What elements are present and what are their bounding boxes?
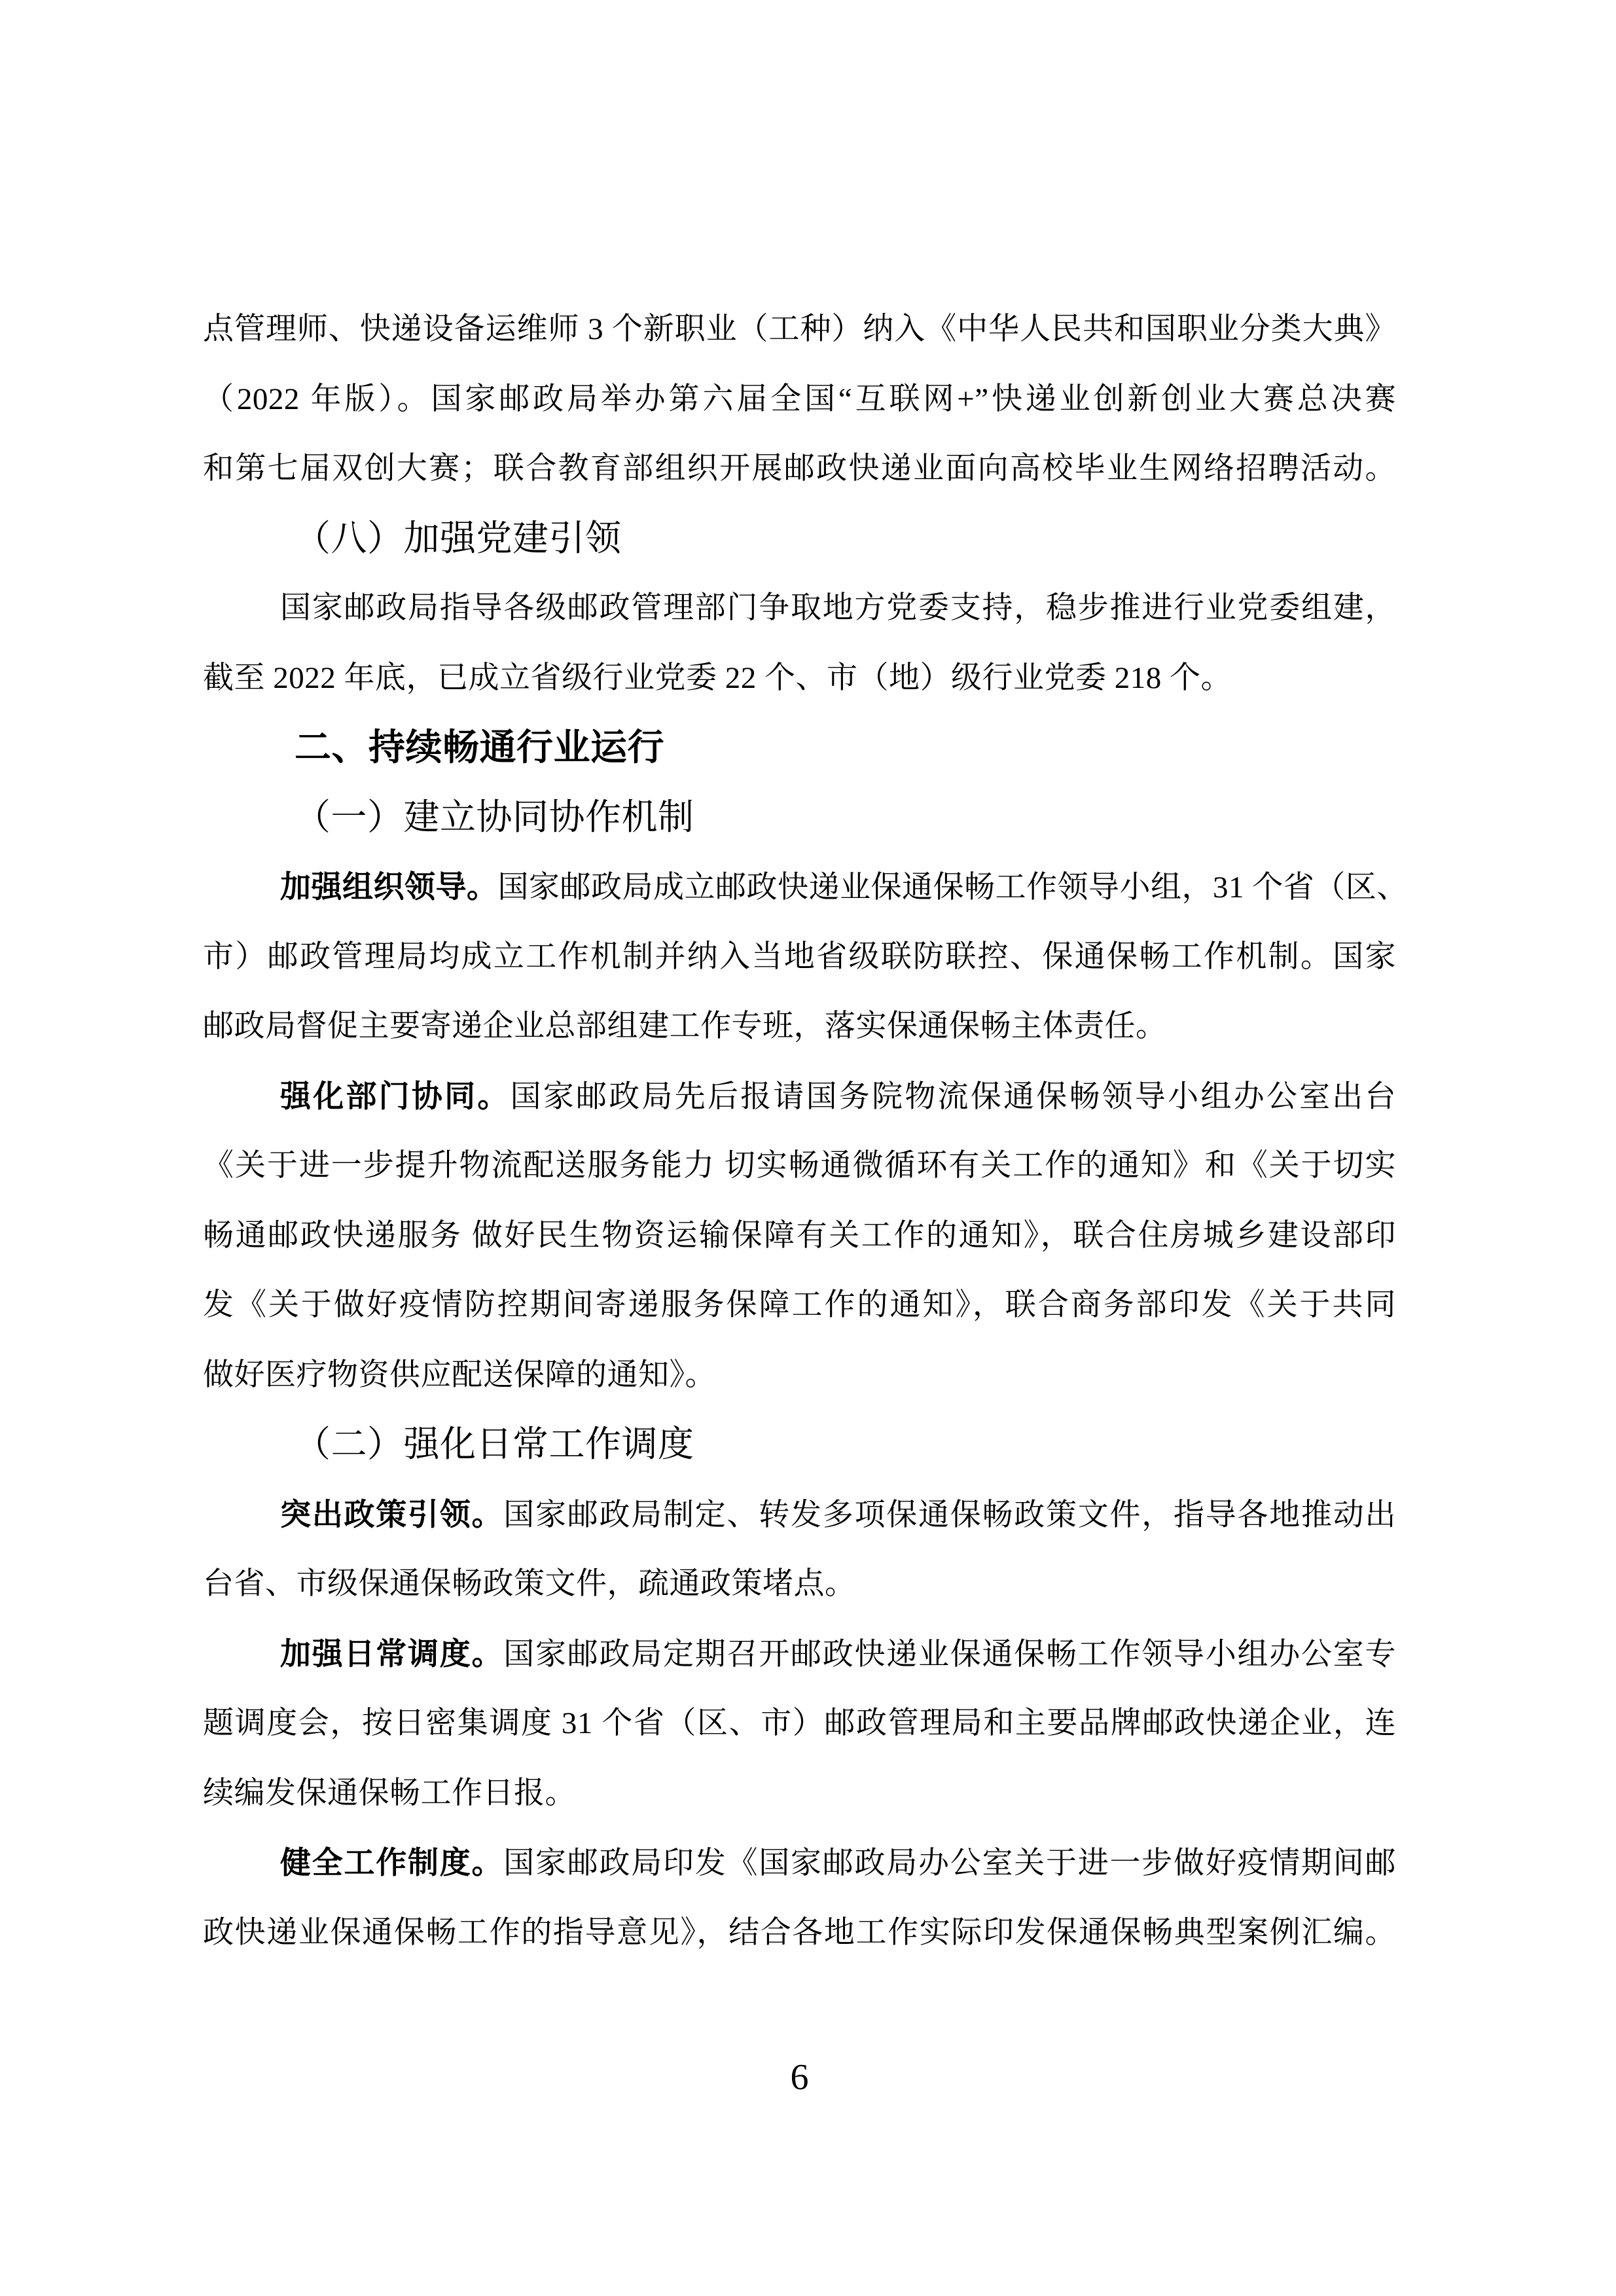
subsection-heading-8: （八）加强党建引领 xyxy=(203,504,1396,574)
paragraph-lead-rest: 国家邮政局成立邮政快递业保通保畅工作领导小组，31 个省（区、 xyxy=(498,870,1408,905)
paragraph-lead-rest: 国家邮政局印发《国家邮政局办公室关于进一步做好疫情期间邮 xyxy=(503,1846,1396,1880)
paragraph-last-line: 台省、市级保通保畅政策文件，疏通政策堵点。 xyxy=(203,1549,1396,1619)
paragraph-first-line: 国家邮政局指导各级邮政管理部门争取地方党委支持，稳步推进行业党委组建， xyxy=(203,573,1396,643)
paragraph-lead-bold: 健全工作制度。 xyxy=(280,1845,503,1880)
body-text-line: 政快递业保通保畅工作的指导意见》，结合各地工作实际印发保通保畅典型案例汇编。 xyxy=(203,1898,1396,1968)
document-body: 点管理师、快递设备运维师 3 个新职业（工种）纳入《中华人民共和国职业分类大典》… xyxy=(203,295,1396,1967)
paragraph-lead-rest: 国家邮政局定期召开邮政快递业保通保畅工作领导小组办公室专 xyxy=(503,1638,1396,1672)
paragraph-last-line: 续编发保通保畅工作日报。 xyxy=(203,1759,1396,1829)
paragraph-last-line: 截至 2022 年底，已成立省级行业党委 22 个、市（地）级行业党委 218 … xyxy=(203,643,1396,713)
paragraph-lead-bold: 加强日常调度。 xyxy=(280,1636,503,1671)
paragraph-first-line: 加强日常调度。国家邮政局定期召开邮政快递业保通保畅工作领导小组办公室专 xyxy=(203,1619,1396,1689)
paragraph-last-line: 邮政局督促主要寄递企业总部组建工作专班，落实保通保畅主体责任。 xyxy=(203,992,1396,1062)
subsection-heading-2-1: （一）建立协同协作机制 xyxy=(203,783,1396,853)
body-text-line: 畅通邮政快递服务 做好民生物资运输保障有关工作的通知》，联合住房城乡建设部印 xyxy=(203,1201,1396,1271)
paragraph-lead-rest: 国家邮政局先后报请国务院物流保通保畅领导小组办公室出台 xyxy=(511,1080,1396,1114)
paragraph-lead-bold: 强化部门协同。 xyxy=(280,1079,511,1113)
body-text-line: 发《关于做好疫情防控期间寄递服务保障工作的通知》，联合商务部印发《关于共同 xyxy=(203,1270,1396,1340)
body-text-line: 市）邮政管理局均成立工作机制并纳入当地省级联防联控、保通保畅工作机制。国家 xyxy=(203,922,1396,992)
document-page: 点管理师、快递设备运维师 3 个新职业（工种）纳入《中华人民共和国职业分类大典》… xyxy=(0,0,1616,2296)
paragraph-first-line: 强化部门协同。国家邮政局先后报请国务院物流保通保畅领导小组办公室出台 xyxy=(203,1062,1396,1132)
body-text-line: （2022 年版）。国家邮政局举办第六届全国“互联网+”快递业创新创业大赛总决赛 xyxy=(203,365,1396,435)
body-text-line: 题调度会，按日密集调度 31 个省（区、市）邮政管理局和主要品牌邮政快递企业，连 xyxy=(203,1689,1396,1759)
section-heading-2: 二、持续畅通行业运行 xyxy=(203,713,1396,783)
paragraph-lead-bold: 突出政策引领。 xyxy=(280,1497,503,1532)
paragraph-lead-rest: 国家邮政局制定、转发多项保通保畅政策文件，指导各地推动出 xyxy=(503,1498,1396,1532)
paragraph-first-line: 加强组织领导。国家邮政局成立邮政快递业保通保畅工作领导小组，31 个省（区、 xyxy=(203,852,1396,922)
paragraph-last-line: 做好医疗物资供应配送保障的通知》。 xyxy=(203,1340,1396,1410)
body-text-line: 点管理师、快递设备运维师 3 个新职业（工种）纳入《中华人民共和国职业分类大典》 xyxy=(203,295,1396,365)
paragraph-first-line: 突出政策引领。国家邮政局制定、转发多项保通保畅政策文件，指导各地推动出 xyxy=(203,1480,1396,1550)
paragraph-lead-bold: 加强组织领导。 xyxy=(280,869,498,904)
body-text-line: 和第七届双创大赛；联合教育部组织开展邮政快递业面向高校毕业生网络招聘活动。 xyxy=(203,434,1396,504)
paragraph-first-line: 健全工作制度。国家邮政局印发《国家邮政局办公室关于进一步做好疫情期间邮 xyxy=(203,1828,1396,1898)
subsection-heading-2-2: （二）强化日常工作调度 xyxy=(203,1410,1396,1480)
page-number: 6 xyxy=(203,2054,1396,2101)
body-text-line: 《关于进一步提升物流配送服务能力 切实畅通微循环有关工作的通知》和《关于切实 xyxy=(203,1131,1396,1201)
